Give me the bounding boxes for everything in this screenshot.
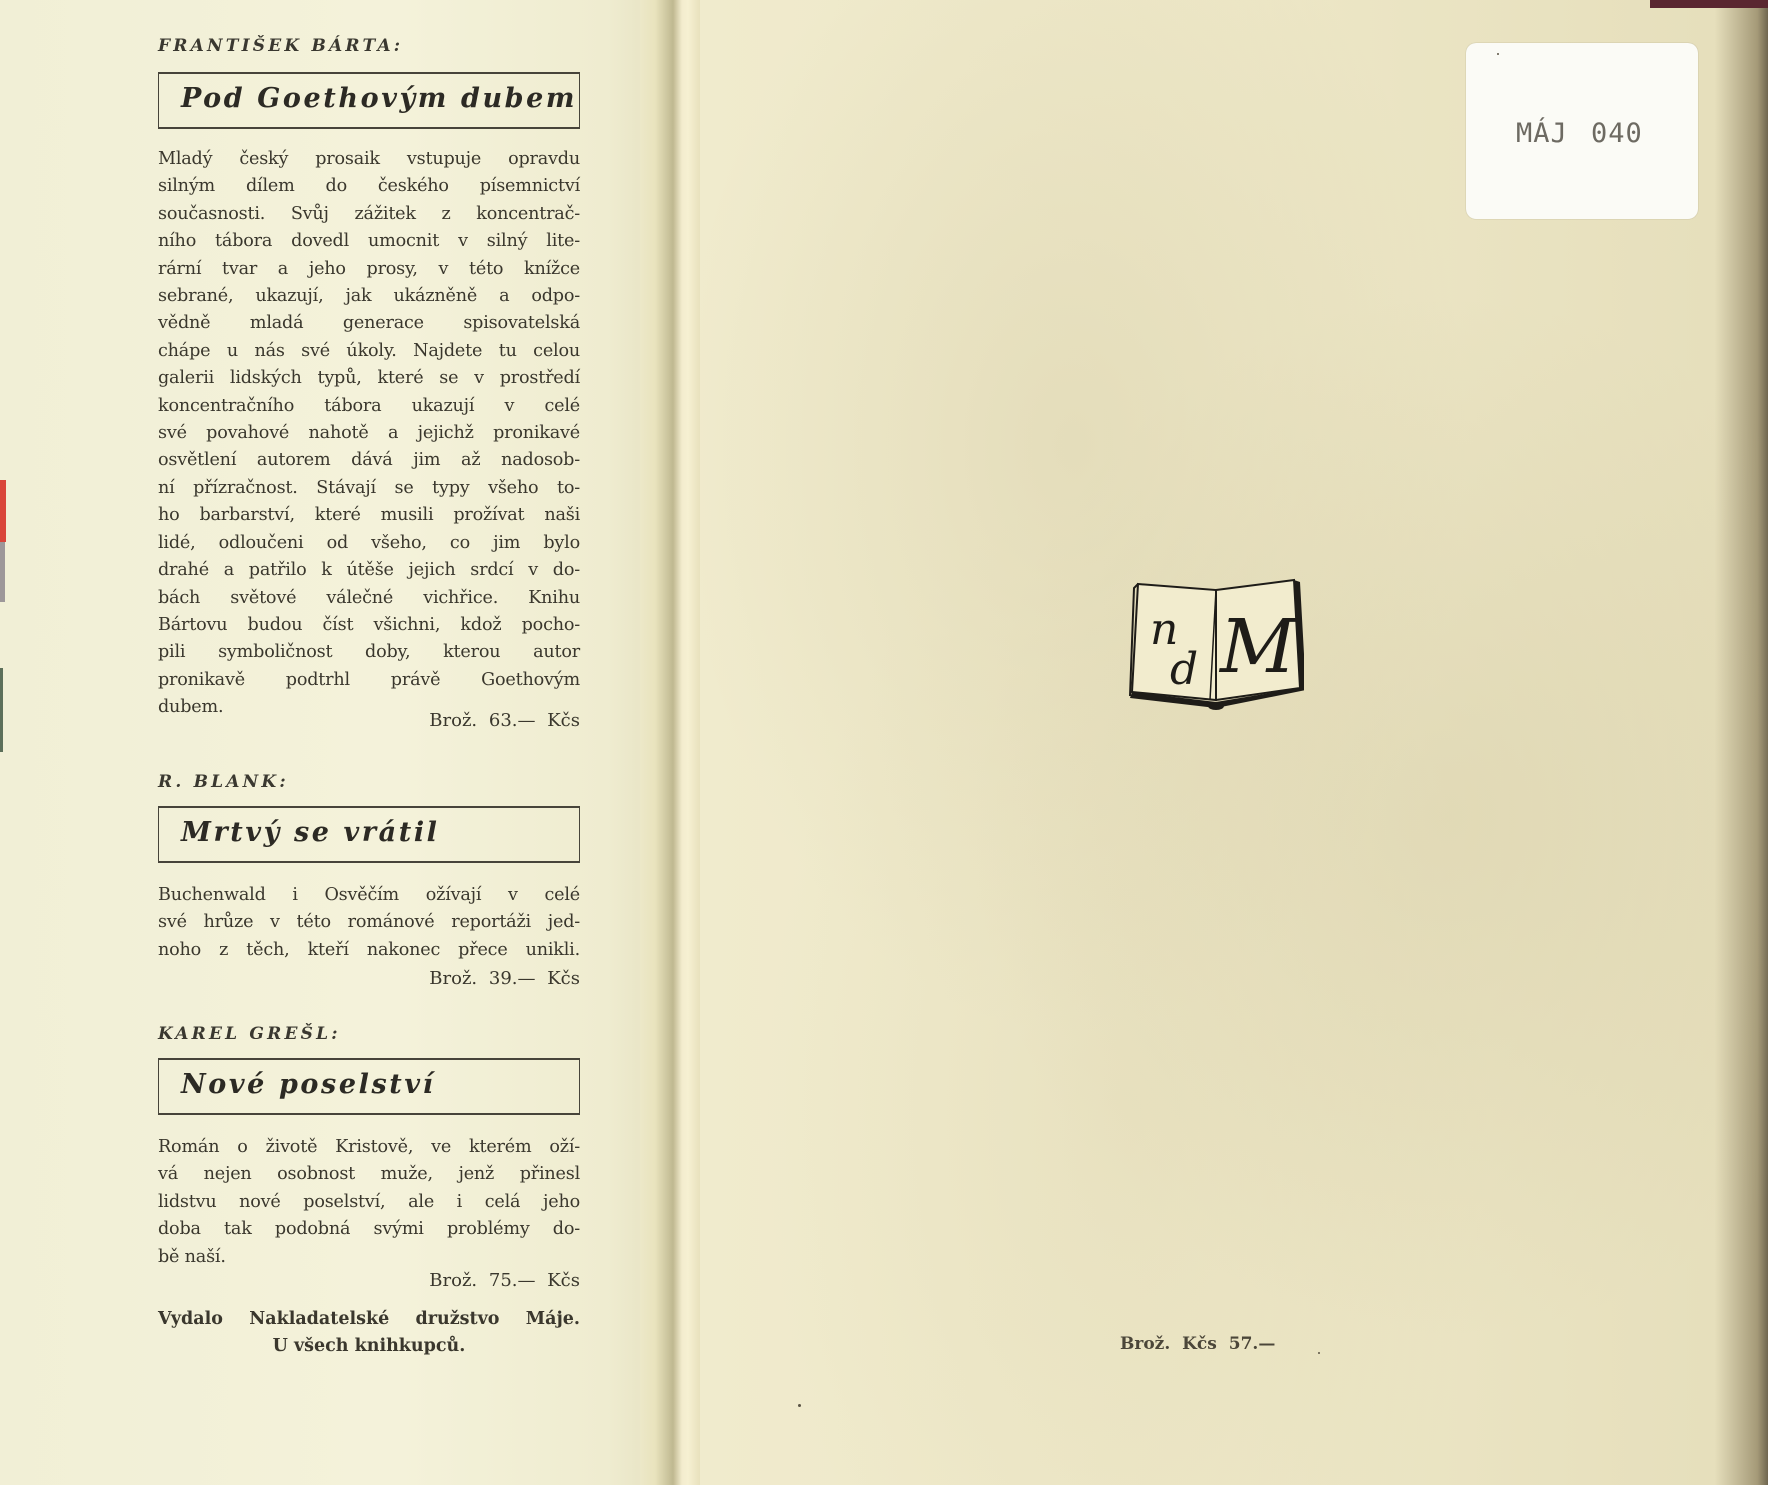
description-line: lidé, odloučeni od všeho, co jim bylo: [158, 530, 580, 557]
description-line: ního tábora dovedl umocnit v silný lite-: [158, 228, 580, 255]
back-cover: [700, 0, 1768, 1485]
catalog-label: MÁJ 040: [1466, 43, 1698, 219]
description-line: vědně mladá generace spisovatelská: [158, 310, 580, 337]
description-line: pili symboličnost doby, kterou autor: [158, 639, 580, 666]
paper-speck: [1318, 1352, 1320, 1354]
description-line: galerii lidských typů, které se v prostř…: [158, 365, 580, 392]
description-line: sebrané, ukazují, jak ukázněně a odpo-: [158, 283, 580, 310]
book-title: Nové poselství: [181, 1069, 436, 1100]
description-line: bě naší.: [158, 1244, 580, 1271]
description-line: doba tak podobná svými problémy do-: [158, 1216, 580, 1243]
description-line: noho z těch, kteří nakonec přece unikli.: [158, 937, 580, 964]
book-author: FRANTIŠEK BÁRTA:: [158, 36, 403, 56]
description-line: bách světové válečné vichřice. Knihu: [158, 585, 580, 612]
description-line: současnosti. Svůj zážitek z koncentrač-: [158, 201, 580, 228]
description-line: silným dílem do českého písemnictví: [158, 173, 580, 200]
description-line: koncentračního tábora ukazují v celé: [158, 393, 580, 420]
edge-grey-mark: [0, 542, 5, 602]
book-description: Buchenwald i Osvěčím ožívají v celé své …: [158, 882, 580, 964]
book-description: Román o životě Kristově, ve kterém oží- …: [158, 1134, 580, 1271]
logo-letter-d: d: [1170, 644, 1198, 695]
edge-green-mark: [0, 668, 3, 752]
logo-letter-m: M: [1218, 604, 1298, 690]
description-line: chápe u nás své úkoly. Najdete tu celou: [158, 338, 580, 365]
paper-speck: [798, 1404, 801, 1407]
inner-flap: FRANTIŠEK BÁRTA: Pod Goethovým dubem Mla…: [0, 0, 660, 1485]
description-line: lidstvu nové poselství, ale i celá jeho: [158, 1189, 580, 1216]
description-line: pronikavě podtrhl právě Goethovým: [158, 667, 580, 694]
publisher-line: Vydalo Nakladatelské družstvo Máje.: [158, 1306, 580, 1333]
publisher-line: U všech knihkupců.: [158, 1333, 580, 1360]
description-line: Bártovu budou číst všichni, kdož pocho-: [158, 612, 580, 639]
description-line: své hrůze v této románové reportáži jed-: [158, 909, 580, 936]
edge-red-mark: [0, 480, 6, 542]
description-line: ho barbarství, které musili prožívat naš…: [158, 502, 580, 529]
paper-speck: [1497, 53, 1499, 55]
publisher-note: Vydalo Nakladatelské družstvo Máje. U vš…: [158, 1306, 580, 1360]
open-book-logo-icon: n d M: [1124, 572, 1304, 717]
book-price: Brož. 63.— Kčs: [429, 710, 580, 731]
top-edge-strip: [1650, 0, 1768, 8]
book-title: Mrtvý se vrátil: [181, 817, 440, 848]
book-price: Brož. 75.— Kčs: [429, 1270, 580, 1291]
book-title-box: Nové poselství: [158, 1058, 580, 1115]
description-line: vá nejen osobnost muže, jenž přinesl: [158, 1161, 580, 1188]
description-line: Buchenwald i Osvěčím ožívají v celé: [158, 882, 580, 909]
book-author: KAREL GREŠL:: [158, 1024, 341, 1044]
book-title-box: Mrtvý se vrátil: [158, 806, 580, 863]
catalog-label-text: MÁJ 040: [1516, 118, 1643, 149]
book-title-box: Pod Goethovým dubem: [158, 72, 580, 129]
book-price: Brož. 39.— Kčs: [429, 968, 580, 989]
cover-price: Brož. Kčs 57.—: [1120, 1334, 1275, 1354]
description-line: Román o životě Kristově, ve kterém oží-: [158, 1134, 580, 1161]
book-description: Mladý český prosaik vstupuje opravdu sil…: [158, 146, 580, 722]
book-title: Pod Goethovým dubem: [181, 83, 577, 114]
description-line: osvětlení autorem dává jim až nadosob-: [158, 447, 580, 474]
spine-fold: [640, 0, 700, 1485]
book-author: R. BLANK:: [158, 772, 289, 792]
description-line: drahé a patřilo k útěše jejich srdcí v d…: [158, 557, 580, 584]
description-line: rární tvar a jeho prosy, v této knížce: [158, 256, 580, 283]
description-line: ní přízračnost. Stávají se typy všeho to…: [158, 475, 580, 502]
description-line: Mladý český prosaik vstupuje opravdu: [158, 146, 580, 173]
description-line: své povahové nahotě a jejichž pronikavé: [158, 420, 580, 447]
